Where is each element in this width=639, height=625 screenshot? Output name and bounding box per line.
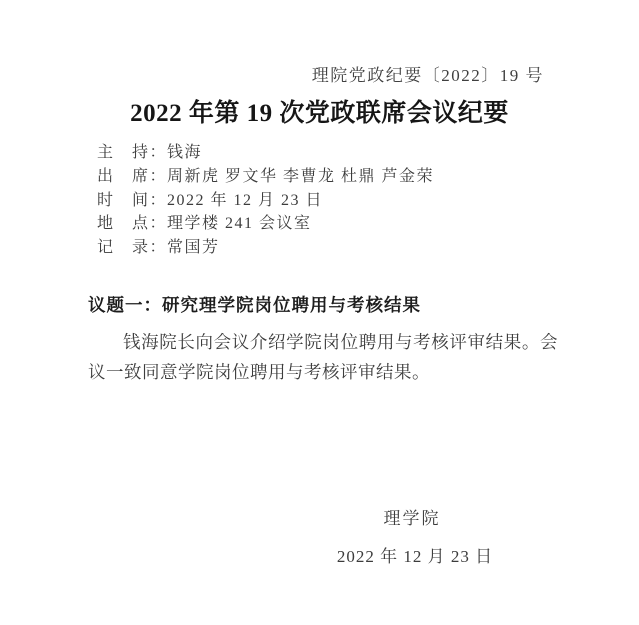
document-number: 理院党政纪要〔2022〕19 号 <box>312 61 544 86</box>
document-page: 理院党政纪要〔2022〕19 号 2022 年第 19 次党政联席会议纪要 主 … <box>0 0 639 625</box>
meta-value-host: 钱海 <box>167 144 202 161</box>
topic-1-heading: 议题一：研究理学院岗位聘用与考核结果 <box>88 292 421 317</box>
meta-row-time: 时 间：2022 年 12 月 23 日 <box>97 189 434 213</box>
topic-1-body: 钱海院长向会议介绍学院岗位聘用与考核评审结果。会议一致同意学院岗位聘用与考核评审… <box>88 328 558 387</box>
meta-label-time: 时 间： <box>97 192 167 209</box>
meta-row-attendees: 出 席：周新虎 罗文华 李曹龙 杜鼎 芦金荣 <box>97 165 434 189</box>
signature-date: 2022 年 12 月 23 日 <box>337 542 493 567</box>
meta-block: 主 持：钱海 出 席：周新虎 罗文华 李曹龙 杜鼎 芦金荣 时 间：2022 年… <box>97 141 434 260</box>
signature-organization: 理学院 <box>384 504 441 529</box>
meta-label-host: 主 持： <box>97 144 167 161</box>
meta-label-recorder: 记 录： <box>97 239 167 256</box>
meta-label-attendees: 出 席： <box>97 168 167 185</box>
meta-row-host: 主 持：钱海 <box>97 141 434 165</box>
meta-value-time: 2022 年 12 月 23 日 <box>167 192 323 209</box>
meta-label-place: 地 点： <box>97 215 167 232</box>
meta-value-recorder: 常国芳 <box>167 239 220 256</box>
document-title: 2022 年第 19 次党政联席会议纪要 <box>0 93 639 129</box>
meta-value-attendees: 周新虎 罗文华 李曹龙 杜鼎 芦金荣 <box>167 168 434 185</box>
meta-row-place: 地 点：理学楼 241 会议室 <box>97 212 434 236</box>
meta-row-recorder: 记 录：常国芳 <box>97 236 434 260</box>
meta-value-place: 理学楼 241 会议室 <box>167 215 312 232</box>
